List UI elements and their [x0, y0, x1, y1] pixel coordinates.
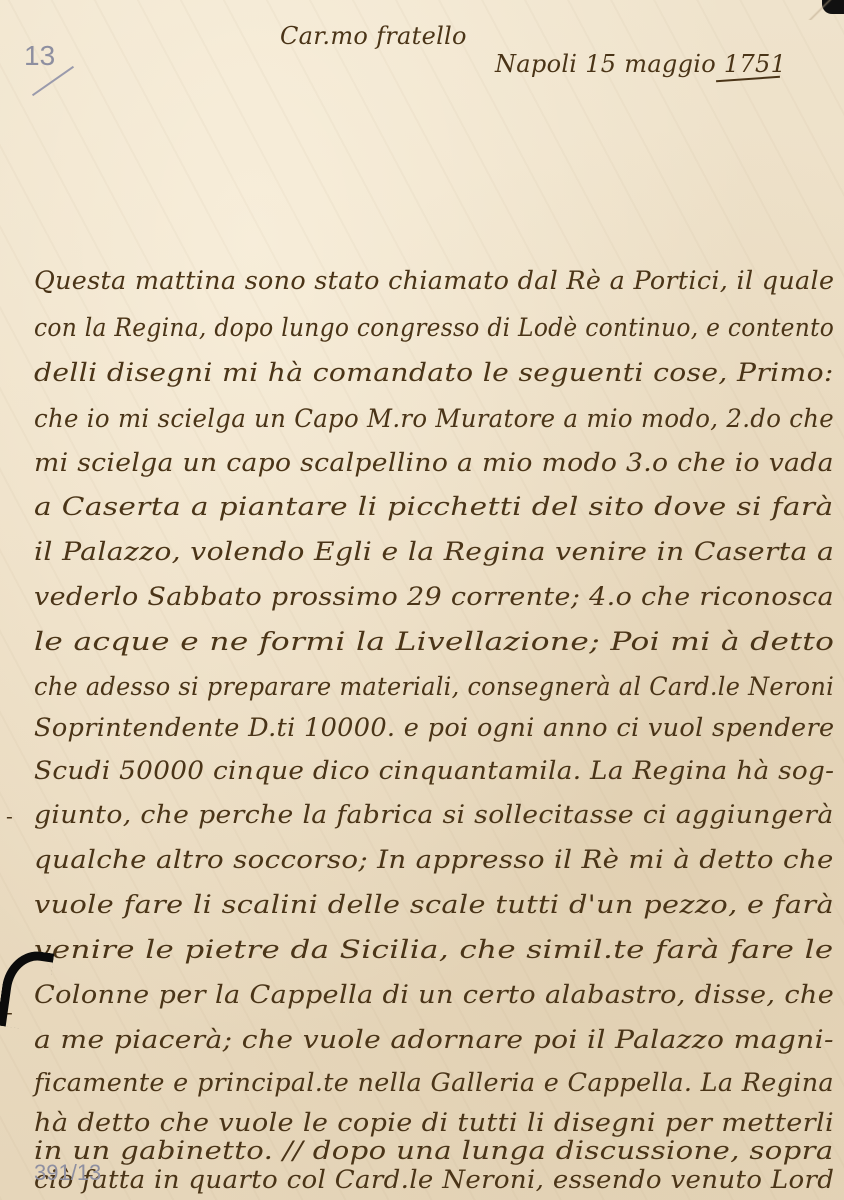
body-line: Soprintendente D.ti 10000. e poi ogni an… — [34, 713, 834, 742]
body-line: che io mi scielga un Capo M.ro Muratore … — [34, 404, 834, 433]
body-line: mi scielga un capo scalpellino a mio mod… — [34, 448, 834, 477]
letter-page: 13 Car.mo fratello Napoli 15 maggio 1751… — [0, 0, 844, 1200]
body-line: Questa mattina sono stato chiamato dal R… — [34, 266, 834, 295]
body-line: ficamente e principal.te nella Galleria … — [34, 1068, 834, 1097]
body-line: le acque e ne formi la Livellazione; Poi… — [34, 627, 834, 656]
place-date: Napoli 15 maggio 1751 — [495, 50, 786, 78]
body-line: venire le pietre da Sicilia, che simil.t… — [34, 935, 834, 964]
body-line: con la Regina, dopo lungo congresso di L… — [34, 313, 834, 342]
archive-reference: 391/13 — [34, 1160, 101, 1186]
body-line: a Caserta a piantare li picchetti del si… — [34, 492, 833, 521]
body-line: che adesso si preparare materiali, conse… — [34, 672, 834, 701]
body-line: delli disegni mi hà comandato le seguent… — [34, 358, 834, 387]
body-line: a me piacerà; che vuole adornare poi il … — [34, 1025, 834, 1054]
body-line: hà detto che vuole le copie di tutti li … — [34, 1108, 834, 1137]
margin-hyphen-mark: - — [6, 804, 13, 828]
body-line: vederlo Sabbato prossimo 29 corrente; 4.… — [34, 582, 834, 611]
body-line: giunto, che perche la fabrica si solleci… — [34, 800, 834, 829]
black-ink-stroke-mark — [0, 947, 54, 1032]
body-line: Scudi 50000 cinque dico cinquantamila. L… — [34, 756, 834, 785]
paper-fold — [806, 0, 834, 20]
body-line: qualche altro soccorso; In appresso il R… — [34, 845, 834, 874]
body-line: in un gabinetto. // dopo una lunga discu… — [34, 1136, 834, 1165]
body-line: vuole fare li scalini delle scale tutti … — [34, 890, 834, 919]
body-line: il Palazzo, volendo Egli e la Regina ven… — [34, 537, 834, 566]
folio-number: 13 — [24, 40, 55, 72]
body-line: Colonne per la Cappella di un certo alab… — [34, 980, 834, 1009]
salutation: Car.mo fratello — [280, 22, 467, 50]
body-line: ciò fatta in quarto col Card.le Neroni, … — [34, 1165, 834, 1194]
